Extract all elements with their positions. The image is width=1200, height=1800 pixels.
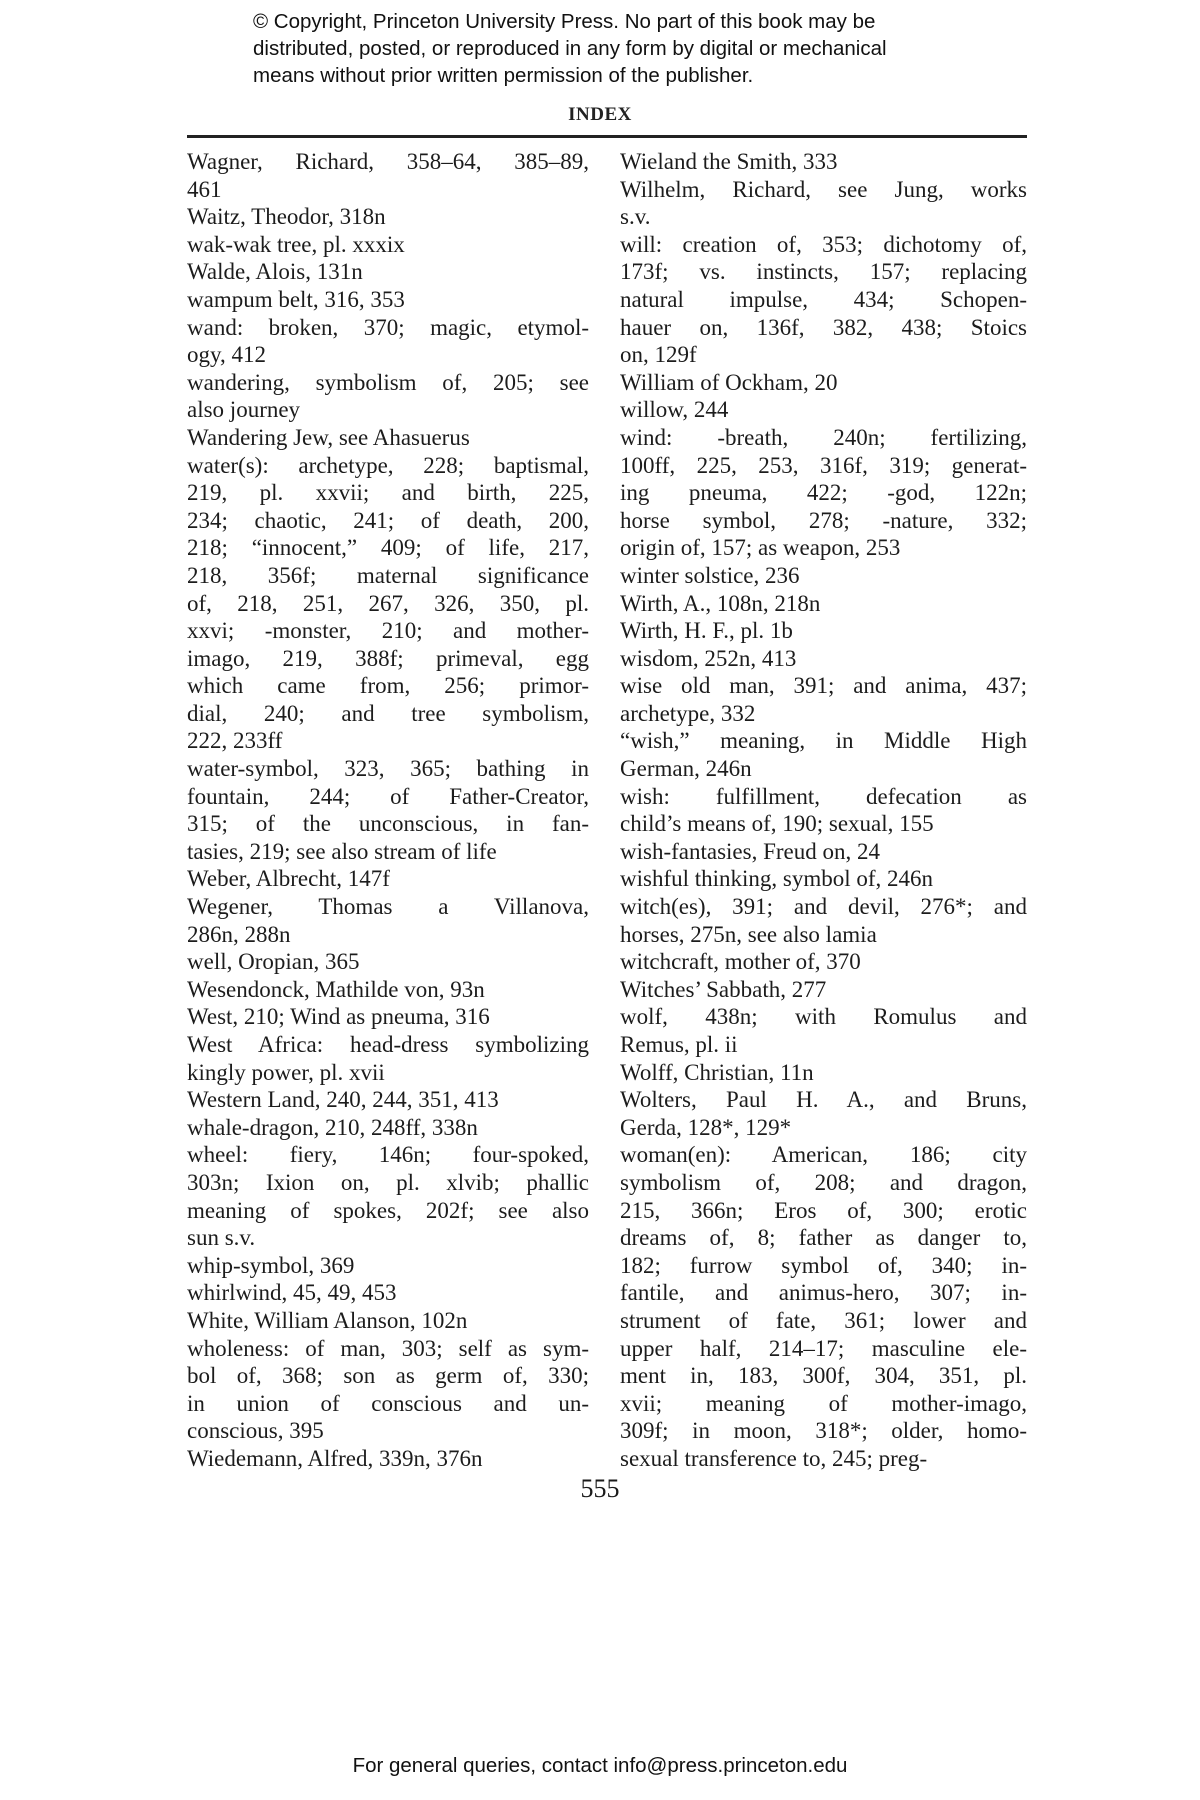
- index-entry-line: wholeness: of man, 303; self as sym-: [211, 1335, 589, 1363]
- index-entry-line: wak-wak tree, pl. xxxix: [211, 231, 589, 259]
- index-entry: William of Ockham, 20: [620, 369, 1027, 397]
- index-entry: wand: broken, 370; magic, etymol-ogy, 41…: [187, 314, 589, 369]
- index-entry: Wegener, Thomas a Villanova,286n, 288n: [187, 893, 589, 948]
- index-entry: Western Land, 240, 244, 351, 413: [187, 1086, 589, 1114]
- index-entry-line: tasies, 219; see also stream of life: [211, 838, 589, 866]
- index-entry-line: Wieland the Smith, 333: [644, 148, 1027, 176]
- index-entry: winter solstice, 236: [620, 562, 1027, 590]
- index-entry: wish-fantasies, Freud on, 24: [620, 838, 1027, 866]
- index-entry-line: Wagner, Richard, 358–64, 385–89,: [211, 148, 589, 176]
- index-entry: White, William Alanson, 102n: [187, 1307, 589, 1335]
- index-entry: “wish,” meaning, in Middle HighGerman, 2…: [620, 727, 1027, 782]
- index-entry-line: ing pneuma, 422; -god, 122n;: [644, 479, 1027, 507]
- index-entry: Weber, Albrecht, 147f: [187, 865, 589, 893]
- index-entry-line: Wolters, Paul H. A., and Bruns,: [644, 1086, 1027, 1114]
- index-entry: Wieland the Smith, 333: [620, 148, 1027, 176]
- index-entry-line: Wirth, A., 108n, 218n: [644, 590, 1027, 618]
- index-entry: wheel: fiery, 146n; four-spoked,303n; Ix…: [187, 1141, 589, 1251]
- index-entry: whirlwind, 45, 49, 453: [187, 1279, 589, 1307]
- header-rule: [187, 135, 1027, 138]
- index-entry-line: 303n; Ixion on, pl. xlvib; phallic: [211, 1169, 589, 1197]
- index-entry-line: wind: -breath, 240n; fertilizing,: [644, 424, 1027, 452]
- index-entry: Witches’ Sabbath, 277: [620, 976, 1027, 1004]
- index-entry-line: sexual transference to, 245; preg-: [644, 1445, 1027, 1473]
- index-entry-line: 173f; vs. instincts, 157; replacing: [644, 258, 1027, 286]
- index-entry-line: Weber, Albrecht, 147f: [211, 865, 589, 893]
- index-entry: witchcraft, mother of, 370: [620, 948, 1027, 976]
- index-entry: whip-symbol, 369: [187, 1252, 589, 1280]
- index-entry: wish: fulfillment, defecation aschild’s …: [620, 783, 1027, 838]
- index-entry: West Africa: head-dress symbolizingkingl…: [187, 1031, 589, 1086]
- index-entry-line: Walde, Alois, 131n: [211, 258, 589, 286]
- index-entry: wisdom, 252n, 413: [620, 645, 1027, 673]
- index-entry-line: 234; chaotic, 241; of death, 200,: [211, 507, 589, 535]
- index-entry-line: 215, 366n; Eros of, 300; erotic: [644, 1197, 1027, 1225]
- index-entry: well, Oropian, 365: [187, 948, 589, 976]
- index-entry-line: dreams of, 8; father as danger to,: [644, 1224, 1027, 1252]
- index-entry-line: wandering, symbolism of, 205; see: [211, 369, 589, 397]
- index-entry-line: wolf, 438n; with Romulus and: [644, 1003, 1027, 1031]
- index-entry-line: wish: fulfillment, defecation as: [644, 783, 1027, 811]
- index-entry-line: woman(en): American, 186; city: [644, 1141, 1027, 1169]
- page-number: 555: [0, 1474, 1200, 1504]
- index-entry: water-symbol, 323, 365; bathing infounta…: [187, 755, 589, 865]
- index-entry-line: 222, 233ff: [211, 727, 589, 755]
- index-entry-line: of, 218, 251, 267, 326, 350, pl.: [211, 590, 589, 618]
- index-entry-line: 286n, 288n: [211, 921, 589, 949]
- copyright-line: distributed, posted, or reproduced in an…: [253, 35, 1013, 62]
- index-entry-line: Wandering Jew, see Ahasuerus: [211, 424, 589, 452]
- index-entry-line: horse symbol, 278; -nature, 332;: [644, 507, 1027, 535]
- index-entry: wholeness: of man, 303; self as sym-bol …: [187, 1335, 589, 1445]
- index-entry-line: water-symbol, 323, 365; bathing in: [211, 755, 589, 783]
- index-entry: wak-wak tree, pl. xxxix: [187, 231, 589, 259]
- index-entry-line: xxvi; -monster, 210; and mother-: [211, 617, 589, 645]
- index-entry-line: origin of, 157; as weapon, 253: [644, 534, 1027, 562]
- index-entry-line: hauer on, 136f, 382, 438; Stoics: [644, 314, 1027, 342]
- index-entry: willow, 244: [620, 396, 1027, 424]
- index-entry: water(s): archetype, 228; baptismal,219,…: [187, 452, 589, 756]
- index-entry-line: Wilhelm, Richard, see Jung, works: [644, 176, 1027, 204]
- index-entry: Wandering Jew, see Ahasuerus: [187, 424, 589, 452]
- index-entry-line: witch(es), 391; and devil, 276*; and: [644, 893, 1027, 921]
- index-entry: wandering, symbolism of, 205; seealso jo…: [187, 369, 589, 424]
- footer-contact: For general queries, contact info@press.…: [0, 1754, 1200, 1778]
- index-entry-line: 461: [211, 176, 589, 204]
- index-entry-line: Remus, pl. ii: [644, 1031, 1027, 1059]
- index-entry-line: William of Ockham, 20: [644, 369, 1027, 397]
- index-entry-line: imago, 219, 388f; primeval, egg: [211, 645, 589, 673]
- index-entry-line: Wiedemann, Alfred, 339n, 376n: [211, 1445, 589, 1473]
- index-entry-line: wand: broken, 370; magic, etymol-: [211, 314, 589, 342]
- index-entry-line: 219, pl. xxvii; and birth, 225,: [211, 479, 589, 507]
- index-entry: Waitz, Theodor, 318n: [187, 203, 589, 231]
- index-entry-line: symbolism of, 208; and dragon,: [644, 1169, 1027, 1197]
- index-entry: Wirth, A., 108n, 218n: [620, 590, 1027, 618]
- index-entry-line: winter solstice, 236: [644, 562, 1027, 590]
- index-entry-line: wheel: fiery, 146n; four-spoked,: [211, 1141, 589, 1169]
- index-entry: wind: -breath, 240n; fertilizing,100ff, …: [620, 424, 1027, 562]
- index-entry-line: Wolff, Christian, 11n: [644, 1059, 1027, 1087]
- index-column-right: Wieland the Smith, 333Wilhelm, Richard, …: [620, 148, 1027, 1473]
- copyright-line: © Copyright, Princeton University Press.…: [253, 8, 1013, 35]
- index-entry-line: whirlwind, 45, 49, 453: [211, 1279, 589, 1307]
- index-entry-line: Witches’ Sabbath, 277: [644, 976, 1027, 1004]
- index-entry: Wesendonck, Mathilde von, 93n: [187, 976, 589, 1004]
- index-entry-line: 218, 356f; maternal significance: [211, 562, 589, 590]
- copyright-notice: © Copyright, Princeton University Press.…: [253, 8, 1013, 89]
- index-entry-line: German, 246n: [644, 755, 1027, 783]
- index-entry-line: wampum belt, 316, 353: [211, 286, 589, 314]
- index-entry: wolf, 438n; with Romulus andRemus, pl. i…: [620, 1003, 1027, 1058]
- index-column-left: Wagner, Richard, 358–64, 385–89,461Waitz…: [187, 148, 589, 1473]
- index-entry-line: which came from, 256; primor-: [211, 672, 589, 700]
- running-head: INDEX: [0, 104, 1200, 126]
- index-entry-line: in union of conscious and un-: [211, 1390, 589, 1418]
- index-entry: witch(es), 391; and devil, 276*; andhors…: [620, 893, 1027, 948]
- index-entry: Wolff, Christian, 11n: [620, 1059, 1027, 1087]
- index-entry-line: dial, 240; and tree symbolism,: [211, 700, 589, 728]
- index-entry-line: wishful thinking, symbol of, 246n: [644, 865, 1027, 893]
- copyright-line: means without prior written permission o…: [253, 62, 1013, 89]
- index-entry-line: whale-dragon, 210, 248ff, 338n: [211, 1114, 589, 1142]
- index-entry-line: strument of fate, 361; lower and: [644, 1307, 1027, 1335]
- index-entry: wampum belt, 316, 353: [187, 286, 589, 314]
- index-entry-line: horses, 275n, see also lamia: [644, 921, 1027, 949]
- index-entry-line: fountain, 244; of Father-Creator,: [211, 783, 589, 811]
- index-entry: woman(en): American, 186; citysymbolism …: [620, 1141, 1027, 1472]
- index-entry-line: wisdom, 252n, 413: [644, 645, 1027, 673]
- index-entry-line: ogy, 412: [211, 341, 589, 369]
- index-entry-line: child’s means of, 190; sexual, 155: [644, 810, 1027, 838]
- index-entry-line: West, 210; Wind as pneuma, 316: [211, 1003, 589, 1031]
- index-entry-line: conscious, 395: [211, 1417, 589, 1445]
- index-entry-line: s.v.: [644, 203, 1027, 231]
- index-entry: will: creation of, 353; dichotomy of,173…: [620, 231, 1027, 369]
- index-entry-line: Waitz, Theodor, 318n: [211, 203, 589, 231]
- index-entry-line: ment in, 183, 300f, 304, 351, pl.: [644, 1362, 1027, 1390]
- index-entry-line: bol of, 368; son as germ of, 330;: [211, 1362, 589, 1390]
- index-entry-line: Western Land, 240, 244, 351, 413: [211, 1086, 589, 1114]
- index-entry-line: natural impulse, 434; Schopen-: [644, 286, 1027, 314]
- index-entry-line: sun s.v.: [211, 1224, 589, 1252]
- index-entry: Wolters, Paul H. A., and Bruns,Gerda, 12…: [620, 1086, 1027, 1141]
- index-entry-line: West Africa: head-dress symbolizing: [211, 1031, 589, 1059]
- index-entry: Walde, Alois, 131n: [187, 258, 589, 286]
- index-entry-line: archetype, 332: [644, 700, 1027, 728]
- index-entry-line: “wish,” meaning, in Middle High: [644, 727, 1027, 755]
- index-entry-line: Gerda, 128*, 129*: [644, 1114, 1027, 1142]
- index-entry-line: 309f; in moon, 318*; older, homo-: [644, 1417, 1027, 1445]
- index-entry-line: Wesendonck, Mathilde von, 93n: [211, 976, 589, 1004]
- index-entry-line: 315; of the unconscious, in fan-: [211, 810, 589, 838]
- index-entry-line: xvii; meaning of mother-imago,: [644, 1390, 1027, 1418]
- index-entry-line: well, Oropian, 365: [211, 948, 589, 976]
- index-entry: Wilhelm, Richard, see Jung, workss.v.: [620, 176, 1027, 231]
- index-entry-line: wish-fantasies, Freud on, 24: [644, 838, 1027, 866]
- index-entry: Wagner, Richard, 358–64, 385–89,461: [187, 148, 589, 203]
- index-entry-line: Wirth, H. F., pl. 1b: [644, 617, 1027, 645]
- index-entry: Wiedemann, Alfred, 339n, 376n: [187, 1445, 589, 1473]
- index-entry: wishful thinking, symbol of, 246n: [620, 865, 1027, 893]
- index-entry-line: 182; furrow symbol of, 340; in-: [644, 1252, 1027, 1280]
- index-entry-line: White, William Alanson, 102n: [211, 1307, 589, 1335]
- index-entry-line: water(s): archetype, 228; baptismal,: [211, 452, 589, 480]
- index-entry: wise old man, 391; and anima, 437;archet…: [620, 672, 1027, 727]
- index-entry-line: Wegener, Thomas a Villanova,: [211, 893, 589, 921]
- index-entry-line: witchcraft, mother of, 370: [644, 948, 1027, 976]
- index-entry-line: also journey: [211, 396, 589, 424]
- index-entry-line: 100ff, 225, 253, 316f, 319; generat-: [644, 452, 1027, 480]
- index-entry-line: 218; “innocent,” 409; of life, 217,: [211, 534, 589, 562]
- index-entry-line: will: creation of, 353; dichotomy of,: [644, 231, 1027, 259]
- index-entry: Wirth, H. F., pl. 1b: [620, 617, 1027, 645]
- index-entry-line: willow, 244: [644, 396, 1027, 424]
- index-entry-line: whip-symbol, 369: [211, 1252, 589, 1280]
- index-entry-line: fantile, and animus-hero, 307; in-: [644, 1279, 1027, 1307]
- index-entry-line: kingly power, pl. xvii: [211, 1059, 589, 1087]
- index-entry-line: meaning of spokes, 202f; see also: [211, 1197, 589, 1225]
- index-entry-line: upper half, 214–17; masculine ele-: [644, 1335, 1027, 1363]
- index-entry: whale-dragon, 210, 248ff, 338n: [187, 1114, 589, 1142]
- index-entry-line: on, 129f: [644, 341, 1027, 369]
- index-entry: West, 210; Wind as pneuma, 316: [187, 1003, 589, 1031]
- index-entry-line: wise old man, 391; and anima, 437;: [644, 672, 1027, 700]
